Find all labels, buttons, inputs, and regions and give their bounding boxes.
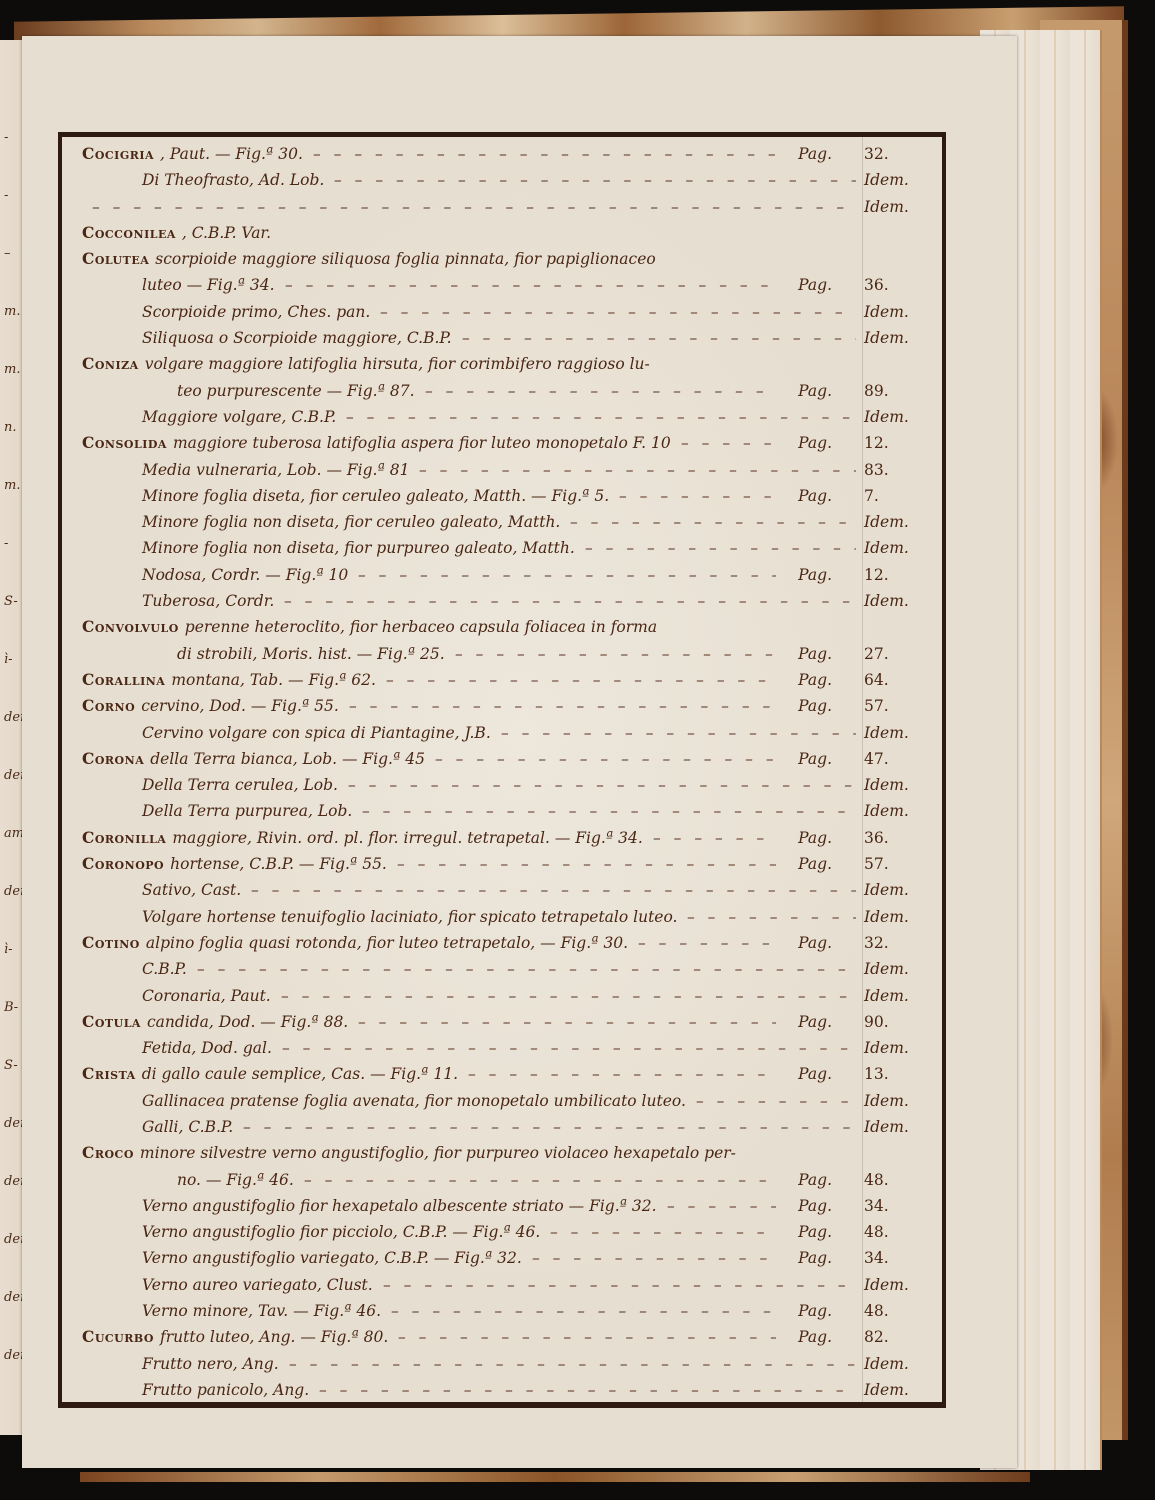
leader-dashes: – – – – – – – – – – – – – – – – – – – – … [425,378,776,404]
entry-text: Verno aureo variegato, Clust. [142,1272,373,1298]
entry-text: Coronillamaggiore, Rivin. ord. pl. flor.… [82,825,643,851]
leader-dashes: – – – – – – – – – – – – – – – – – – – – … [391,1298,776,1324]
leader-dashes: – – – – – – – – – – – – – – – – – – – – … [638,930,776,956]
leader-dashes: – – – – – – – – – – – – – – – – – – – – … [570,509,856,535]
page-label: Pag. [782,825,832,851]
left-page-text-fragment: - [4,536,8,551]
leader-dashes: – – – – – – – – – – – – – – – – – – – – … [282,1035,856,1061]
entry-text: Corallinamontana, Tab. — Fig.ª 62. [82,667,376,693]
index-entry: Corallinamontana, Tab. — Fig.ª 62.Pag.64… [82,667,937,693]
entry-description: Frutto panicolo, Ang. [142,1381,309,1399]
index-entry: Della Terra purpurea, Lob.Idem.– – – – –… [82,798,937,824]
entry-description: Della Terra purpurea, Lob. [142,802,352,820]
page-label: Pag. [782,1167,832,1193]
entry-text: luteo — Fig.ª 34. [142,272,275,298]
entry-headword: Croco [82,1143,134,1162]
left-page-text-fragment: - [4,130,8,145]
entry-text: Fetida, Dod. gal. [142,1035,272,1061]
entry-description: C.B.P. [142,960,187,978]
entry-description: hortense, C.B.P. — Fig.ª 55. [170,855,387,873]
page-reference: Idem. [864,1351,934,1377]
entry-headword: Corallina [82,670,165,689]
entry-text: Verno angustifoglio variegato, C.B.P. — … [142,1245,522,1271]
page-reference: 27. [864,641,934,667]
entry-text: Cornocervino, Dod. — Fig.ª 55. [82,693,339,719]
page-reference: Idem. [864,1272,934,1298]
index-entry: Tuberosa, Cordr.Idem.– – – – – – – – – –… [82,588,937,614]
entry-headword: Coronilla [82,828,166,847]
entry-headword: Consolida [82,433,167,452]
page-label: Pag. [782,1298,832,1324]
index-entry: Verno angustifoglio variegato, C.B.P. — … [82,1245,937,1271]
entry-headword: Convolvulo [82,617,179,636]
left-page-text-fragment: B- [4,1000,18,1015]
index-entry: Crocominore silvestre verno angustifogli… [82,1140,937,1166]
index-entry: Cervino volgare con spica di Piantagine,… [82,720,937,746]
page-label: Pag. [782,562,832,588]
index-entry: Convolvuloperenne heteroclito, fior herb… [82,614,937,640]
index-entry: luteo — Fig.ª 34.Pag.36.– – – – – – – – … [82,272,937,298]
page-reference: 48. [864,1167,934,1193]
entry-description: no. — Fig.ª 46. [177,1171,294,1189]
page-reference: Idem. [864,772,934,798]
leader-dashes: – – – – – – – – – – – – – – – – – – – – … [532,1245,776,1271]
leader-dashes: – – – – – – – – – – – – – – – – – – – – … [346,404,856,430]
page-reference: Idem. [864,509,934,535]
page-reference: Idem. [864,798,934,824]
leader-dashes: – – – – – – – – – – – – – – – – – – – – … [348,772,856,798]
entry-headword: Coronopo [82,854,164,873]
page-reference: 7. [864,483,934,509]
leader-dashes: – – – – – – – – – – – – – – – – – – – – … [304,1167,776,1193]
page-reference: 48. [864,1219,934,1245]
page-label: Pag. [782,1193,832,1219]
entry-description: Tuberosa, Cordr. [142,592,274,610]
left-page-text-fragment: n. [4,420,17,435]
index-entry: Coronadella Terra bianca, Lob. — Fig.ª 4… [82,746,937,772]
marbled-cover-bottom [80,1472,1030,1482]
index-entry: Sativo, Cast.Idem.– – – – – – – – – – – … [82,877,937,903]
index-entry: Media vulneraria, Lob. — Fig.ª 8183.– – … [82,457,937,483]
page-label: Pag. [782,1324,832,1350]
page-label: Pag. [782,667,832,693]
entry-description: Minore foglia non diseta, fior purpureo … [142,539,575,557]
page-reference: Idem. [864,1035,934,1061]
entry-text: Scorpioide primo, Ches. pan. [142,299,370,325]
leader-dashes: – – – – – – – – – – – – – – – – – – – – … [251,877,856,903]
entry-text: Cotulacandida, Dod. — Fig.ª 88. [82,1009,348,1035]
page-reference: 32. [864,930,934,956]
leader-dashes: – – – – – – – – – – – – – – – – – – – – … [681,430,776,456]
leader-dashes: – – – – – – – – – – – – – – – – – – – – … [419,457,856,483]
index-entry: Cornocervino, Dod. — Fig.ª 55.Pag.57.– –… [82,693,937,719]
entry-description: maggiore, Rivin. ord. pl. flor. irregul.… [172,829,642,847]
index-entry: Conizavolgare maggiore latifoglia hirsut… [82,351,937,377]
page-label: Pag. [782,483,832,509]
page-reference: 36. [864,272,934,298]
page-reference: Idem. [864,983,934,1009]
page-reference: 89. [864,378,934,404]
leader-dashes: – – – – – – – – – – – – – – – – – – – – … [435,746,776,772]
page-reference: Idem. [864,167,934,193]
entry-description: Verno angustifoglio fior picciolo, C.B.P… [142,1223,540,1241]
entry-text: Cotinoalpino foglia quasi rotonda, fior … [82,930,628,956]
entry-headword: Corona [82,749,144,768]
entry-description: volgare maggiore latifoglia hirsuta, fio… [145,355,650,373]
entry-description: di gallo caule semplice, Cas. — Fig.ª 11… [142,1065,458,1083]
page-label: Pag. [782,693,832,719]
page-label: Pag. [782,430,832,456]
entry-text: Consolidamaggiore tuberosa latifoglia as… [82,430,671,456]
entry-text: Della Terra cerulea, Lob. [142,772,338,798]
leader-dashes: – – – – – – – – – – – – – – – – – – – – … [397,851,776,877]
entry-description: , C.B.P. Var. [182,224,271,242]
leader-dashes: – – – – – – – – – – – – – – – – – – – – … [243,1114,856,1140]
leader-dashes: – – – – – – – – – – – – – – – – – – – – … [687,904,856,930]
leader-dashes: – – – – – – – – – – – – – – – – – – – – … [281,983,856,1009]
index-entry: Siliquosa o Scorpioide maggiore, C.B.P.I… [82,325,937,351]
index-entry: Minore foglia non diseta, fior purpureo … [82,535,937,561]
index-entry: Coluteascorpioide maggiore siliquosa fog… [82,246,937,272]
entry-description: Minore foglia non diseta, fior ceruleo g… [142,513,560,531]
entry-description: alpino foglia quasi rotonda, fior luteo … [146,934,628,952]
entry-text: Cocigria, Paut. — Fig.ª 30. [82,141,303,167]
leader-dashes: – – – – – – – – – – – – – – – – – – – – … [383,1272,856,1298]
left-page-text-fragment: S- [4,1058,18,1073]
leader-dashes: – – – – – – – – – – – – – – – – – – – – … [358,1009,776,1035]
leader-dashes: – – – – – – – – – – – – – – – – – – – – … [313,141,776,167]
entry-description: cervino, Dod. — Fig.ª 55. [141,697,339,715]
entry-description: Verno aureo variegato, Clust. [142,1276,373,1294]
entry-description: montana, Tab. — Fig.ª 62. [171,671,376,689]
leader-dashes: – – – – – – – – – – – – – – – – – – – – … [334,167,856,193]
index-entry: Maggiore volgare, C.B.P.Idem.– – – – – –… [82,404,937,430]
entry-headword: Coniza [82,354,139,373]
entry-text: Di Theofrasto, Ad. Lob. [142,167,324,193]
entry-description: di strobili, Moris. hist. — Fig.ª 25. [177,645,445,663]
page-reference: Idem. [864,956,934,982]
entry-description: candida, Dod. — Fig.ª 88. [147,1013,348,1031]
index-entry: Galli, C.B.P.Idem.– – – – – – – – – – – … [82,1114,937,1140]
entry-description: Minore foglia diseta, fior ceruleo galea… [142,487,609,505]
index-entry: Cotinoalpino foglia quasi rotonda, fior … [82,930,937,956]
page-reference: 34. [864,1245,934,1271]
index-entry: Consolidamaggiore tuberosa latifoglia as… [82,430,937,456]
entry-description: frutto luteo, Ang. — Fig.ª 80. [160,1328,388,1346]
left-page-text-fragment: – [4,246,11,261]
index-entry: Cristadi gallo caule semplice, Cas. — Fi… [82,1061,937,1087]
entry-text: Minore foglia diseta, fior ceruleo galea… [142,483,609,509]
entry-text: Verno angustifoglio fior hexapetalo albe… [142,1193,657,1219]
index-entry: teo purpurescente — Fig.ª 87.Pag.89.– – … [82,378,937,404]
entry-description: Volgare hortense tenuifoglio laciniato, … [142,908,677,926]
left-page-text-fragment: ì- [4,942,13,957]
entry-text: di strobili, Moris. hist. — Fig.ª 25. [177,641,445,667]
index-entry: Coronaria, Paut.Idem.– – – – – – – – – –… [82,983,937,1009]
entry-text: Frutto panicolo, Ang. [142,1377,309,1403]
entry-text: Coronopohortense, C.B.P. — Fig.ª 55. [82,851,387,877]
entry-text: Galli, C.B.P. [142,1114,233,1140]
index-entry: Minore foglia diseta, fior ceruleo galea… [82,483,937,509]
entry-text: Tuberosa, Cordr. [142,588,274,614]
entry-headword: Crista [82,1064,136,1083]
entry-description: Galli, C.B.P. [142,1118,233,1136]
index-entry: Frutto panicolo, Ang.Idem.– – – – – – – … [82,1377,937,1403]
entry-text: Frutto nero, Ang. [142,1351,279,1377]
page-reference: 90. [864,1009,934,1035]
entry-text: Nodosa, Cordr. — Fig.ª 10 [142,562,348,588]
index-entry: Nodosa, Cordr. — Fig.ª 10Pag.12.– – – – … [82,562,937,588]
entry-description: Frutto nero, Ang. [142,1355,279,1373]
left-page-text-fragment: S- [4,594,18,609]
entry-description: Sativo, Cast. [142,881,241,899]
entry-text: no. — Fig.ª 46. [177,1167,294,1193]
entry-text: Gallinacea pratense foglia avenata, fior… [142,1088,686,1114]
entry-text: Cucurbofrutto luteo, Ang. — Fig.ª 80. [82,1324,388,1350]
index-entry: Della Terra cerulea, Lob.Idem.– – – – – … [82,772,937,798]
entry-text: Maggiore volgare, C.B.P. [142,404,336,430]
index-entry: Cocigria, Paut. — Fig.ª 30.Pag.32.– – – … [82,141,937,167]
leader-dashes: – – – – – – – – – – – – – – – – – – – – … [362,798,856,824]
leader-dashes: – – – – – – – – – – – – – – – – – – – – … [653,825,776,851]
left-page-text-fragment: - [4,188,8,203]
entry-text: Volgare hortense tenuifoglio laciniato, … [142,904,677,930]
leader-dashes: – – – – – – – – – – – – – – – – – – – – … [380,299,856,325]
entry-description: della Terra bianca, Lob. — Fig.ª 45 [150,750,425,768]
leader-dashes: – – – – – – – – – – – – – – – – – – – – … [285,272,776,298]
entry-description: Cervino volgare con spica di Piantagine,… [142,724,491,742]
page-label: Pag. [782,641,832,667]
index-entry: Volgare hortense tenuifoglio laciniato, … [82,904,937,930]
index-entry: Minore foglia non diseta, fior ceruleo g… [82,509,937,535]
entry-description: Scorpioide primo, Ches. pan. [142,303,370,321]
page-reference: Idem. [864,535,934,561]
index-entry: Verno minore, Tav. — Fig.ª 46.Pag.48.– –… [82,1298,937,1324]
ruled-frame: Cocigria, Paut. — Fig.ª 30.Pag.32.– – – … [58,132,946,1408]
entry-text: C.B.P. [142,956,187,982]
leader-dashes: – – – – – – – – – – – – – – – – – – – – … [550,1219,776,1245]
entry-text: Cristadi gallo caule semplice, Cas. — Fi… [82,1061,458,1087]
index-entries: Cocigria, Paut. — Fig.ª 30.Pag.32.– – – … [82,141,937,1403]
leader-dashes: – – – – – – – – – – – – – – – – – – – – … [455,641,776,667]
page-reference: 57. [864,851,934,877]
page-reference: 13. [864,1061,934,1087]
page-reference: 64. [864,667,934,693]
entry-description: Media vulneraria, Lob. — Fig.ª 81 [142,461,409,479]
page-label: Pag. [782,378,832,404]
entry-headword: Cucurbo [82,1327,154,1346]
entry-text: Convolvuloperenne heteroclito, fior herb… [82,614,657,640]
left-page-text-fragment: m. [4,362,20,377]
page-label: Pag. [782,1061,832,1087]
index-entry: Verno angustifoglio fior picciolo, C.B.P… [82,1219,937,1245]
manuscript-page: Cocigria, Paut. — Fig.ª 30.Pag.32.– – – … [22,36,1017,1468]
index-entry: Cocconilea, C.B.P. Var. [82,220,937,246]
leader-dashes: – – – – – – – – – – – – – – – – – – – – … [585,535,856,561]
leader-dashes: – – – – – – – – – – – – – – – – – – – – … [289,1351,856,1377]
page-reference: 36. [864,825,934,851]
leader-dashes: – – – – – – – – – – – – – – – – – – – – … [386,667,776,693]
index-entry: Gallinacea pratense foglia avenata, fior… [82,1088,937,1114]
page-reference: Idem. [864,1377,934,1403]
entry-headword: Cotino [82,933,140,952]
entry-headword: Colutea [82,249,149,268]
page-label: Pag. [782,746,832,772]
entry-text: Sativo, Cast. [142,877,241,903]
leader-dashes: – – – – – – – – – – – – – – – – – – – – … [197,956,856,982]
entry-description: Gallinacea pratense foglia avenata, fior… [142,1092,686,1110]
entry-text: Media vulneraria, Lob. — Fig.ª 81 [142,457,409,483]
entry-text: teo purpurescente — Fig.ª 87. [177,378,415,404]
page-label: Pag. [782,930,832,956]
entry-description: teo purpurescente — Fig.ª 87. [177,382,415,400]
entry-description: Verno angustifoglio fior hexapetalo albe… [142,1197,657,1215]
page-reference: Idem. [864,1114,934,1140]
entry-text: Coronadella Terra bianca, Lob. — Fig.ª 4… [82,746,425,772]
leader-dashes: – – – – – – – – – – – – – – – – – – – – … [462,325,856,351]
page-reference: Idem. [864,325,934,351]
page-label: Pag. [782,141,832,167]
entry-headword: Corno [82,696,135,715]
index-entry: di strobili, Moris. hist. — Fig.ª 25.Pag… [82,641,937,667]
page-reference: 12. [864,430,934,456]
index-entry: Di Theofrasto, Ad. Lob.Idem.– – – – – – … [82,167,937,193]
index-entry: Coronillamaggiore, Rivin. ord. pl. flor.… [82,825,937,851]
page-reference: 12. [864,562,934,588]
index-entry: no. — Fig.ª 46.Pag.48.– – – – – – – – – … [82,1167,937,1193]
page-reference: Idem. [864,1088,934,1114]
entry-description: Coronaria, Paut. [142,987,271,1005]
left-page-text-fragment: m. [4,478,20,493]
page-label: Pag. [782,272,832,298]
page-label: Pag. [782,1219,832,1245]
index-entry: Cucurbofrutto luteo, Ang. — Fig.ª 80.Pag… [82,1324,937,1350]
leader-dashes: – – – – – – – – – – – – – – – – – – – – … [398,1324,776,1350]
entry-text: Minore foglia non diseta, fior ceruleo g… [142,509,560,535]
leader-dashes: – – – – – – – – – – – – – – – – – – – – … [619,483,776,509]
leader-dashes: – – – – – – – – – – – – – – – – – – – – … [349,693,776,719]
leader-dashes: – – – – – – – – – – – – – – – – – – – – … [501,720,856,746]
index-entry: Idem.– – – – – – – – – – – – – – – – – –… [82,194,937,220]
entry-description: minore silvestre verno angustifoglio, fi… [140,1144,736,1162]
entry-description: Di Theofrasto, Ad. Lob. [142,171,324,189]
index-entry: Verno angustifoglio fior hexapetalo albe… [82,1193,937,1219]
page-reference: Idem. [864,404,934,430]
page-reference: 47. [864,746,934,772]
left-page-text-fragment: m. [4,304,20,319]
entry-text: Verno angustifoglio fior picciolo, C.B.P… [142,1219,540,1245]
entry-description: Maggiore volgare, C.B.P. [142,408,336,426]
page-reference: 48. [864,1298,934,1324]
index-entry: C.B.P.Idem.– – – – – – – – – – – – – – –… [82,956,937,982]
entry-text: Conizavolgare maggiore latifoglia hirsut… [82,351,650,377]
entry-description: Verno minore, Tav. — Fig.ª 46. [142,1302,381,1320]
index-entry: Verno aureo variegato, Clust.Idem.– – – … [82,1272,937,1298]
index-entry: Scorpioide primo, Ches. pan.Idem.– – – –… [82,299,937,325]
entry-headword: Cocigria [82,144,154,163]
entry-description: Della Terra cerulea, Lob. [142,776,338,794]
entry-text: Siliquosa o Scorpioide maggiore, C.B.P. [142,325,452,351]
page-label: Pag. [782,851,832,877]
page-reference: Idem. [864,194,934,220]
leader-dashes: – – – – – – – – – – – – – – – – – – – – … [92,194,856,220]
leader-dashes: – – – – – – – – – – – – – – – – – – – – … [468,1061,776,1087]
entry-description: Fetida, Dod. gal. [142,1039,272,1057]
leader-dashes: – – – – – – – – – – – – – – – – – – – – … [284,588,856,614]
page-reference: Idem. [864,720,934,746]
page-reference: 82. [864,1324,934,1350]
entry-headword: Cotula [82,1012,141,1031]
page-reference: 83. [864,457,934,483]
index-entry: Frutto nero, Ang.Idem.– – – – – – – – – … [82,1351,937,1377]
page-reference: Idem. [864,877,934,903]
entry-description: maggiore tuberosa latifoglia aspera fior… [173,434,671,452]
leader-dashes: – – – – – – – – – – – – – – – – – – – – … [358,562,776,588]
page-reference: Idem. [864,904,934,930]
leader-dashes: – – – – – – – – – – – – – – – – – – – – … [667,1193,776,1219]
page-reference: 34. [864,1193,934,1219]
page-label: Pag. [782,1009,832,1035]
page-label: Pag. [782,1245,832,1271]
leader-dashes: – – – – – – – – – – – – – – – – – – – – … [696,1088,856,1114]
entry-description: scorpioide maggiore siliquosa foglia pin… [155,250,655,268]
entry-text: Coronaria, Paut. [142,983,271,1009]
page-reference: Idem. [864,588,934,614]
index-entry: Cotulacandida, Dod. — Fig.ª 88.Pag.90.– … [82,1009,937,1035]
left-page-text-fragment: ì- [4,652,13,667]
leader-dashes: – – – – – – – – – – – – – – – – – – – – … [319,1377,856,1403]
entry-text: Coluteascorpioide maggiore siliquosa fog… [82,246,656,272]
entry-description: , Paut. — Fig.ª 30. [160,145,303,163]
entry-headword: Cocconilea [82,223,176,242]
entry-description: luteo — Fig.ª 34. [142,276,275,294]
entry-text: Crocominore silvestre verno angustifogli… [82,1140,736,1166]
entry-description: Siliquosa o Scorpioide maggiore, C.B.P. [142,329,452,347]
entry-text: Minore foglia non diseta, fior purpureo … [142,535,575,561]
page-reference: Idem. [864,299,934,325]
entry-text: Cervino volgare con spica di Piantagine,… [142,720,491,746]
entry-text: Cocconilea, C.B.P. Var. [82,220,271,246]
page-reference: 32. [864,141,934,167]
entry-description: Verno angustifoglio variegato, C.B.P. — … [142,1249,522,1267]
entry-text: Della Terra purpurea, Lob. [142,798,352,824]
index-entry: Fetida, Dod. gal.Idem.– – – – – – – – – … [82,1035,937,1061]
index-entry: Coronopohortense, C.B.P. — Fig.ª 55.Pag.… [82,851,937,877]
entry-description: perenne heteroclito, fior herbaceo capsu… [185,618,657,636]
entry-text: Verno minore, Tav. — Fig.ª 46. [142,1298,381,1324]
page-reference: 57. [864,693,934,719]
entry-description: Nodosa, Cordr. — Fig.ª 10 [142,566,348,584]
